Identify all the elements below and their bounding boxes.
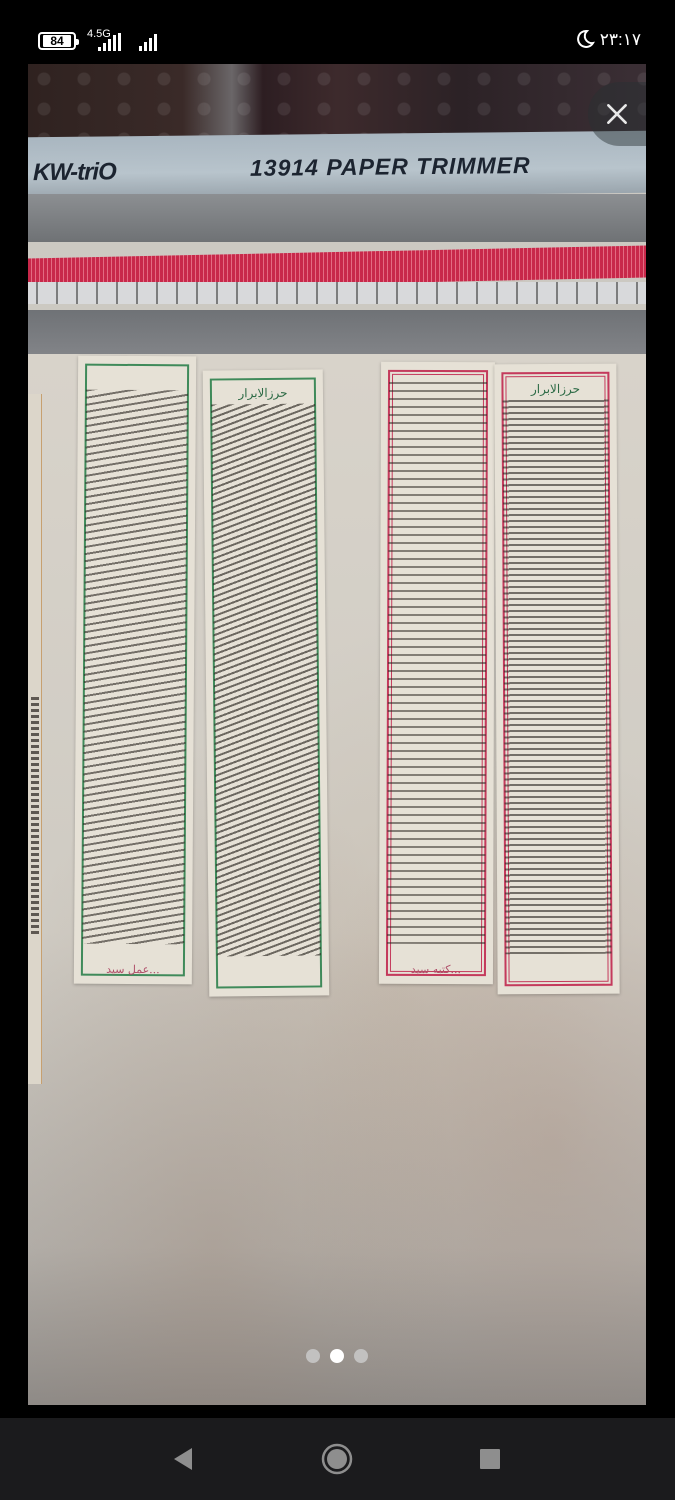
clock: ۲۳:۱۷ [600,30,641,50]
back-icon [172,1446,194,1472]
handwriting [82,390,188,945]
ruler-ticks [36,282,646,304]
moon-icon [575,29,595,49]
photo[interactable]: KW-triO 13914 PAPER TRIMMER عمل سید... [28,64,646,1405]
manuscript-strip-2: حرزالابرار [203,369,330,996]
strip-heading [78,362,196,363]
fabric-background [28,64,646,142]
paper-trimmer-label: KW-triO 13914 PAPER TRIMMER [28,131,646,199]
navigation-bar [0,1418,675,1500]
page-dot-3[interactable] [354,1349,368,1363]
signal-icon [139,33,157,51]
strip-signature: عمل سید... [80,963,186,977]
manuscript-strip-1: عمل سید... [74,356,196,985]
status-bar: 84 4.5G ۲۳:۱۷ [0,0,675,64]
close-icon [604,101,630,127]
trimmer-model: 13914 PAPER TRIMMER [250,152,531,182]
handwriting [211,403,321,956]
manuscript-strip-edge [28,394,42,1084]
strip-signature: کتبه سید... [385,963,487,976]
strip-heading: حرزالابرار [203,385,323,400]
signal-4g-icon [98,33,121,51]
battery-level: 84 [43,35,71,47]
strip-heading: حرزالابرار [494,382,616,397]
close-button[interactable] [588,82,646,146]
battery-icon: 84 [38,32,76,50]
handwriting [31,694,39,934]
trimmer-bed [28,310,646,358]
trimmer-base [28,194,646,242]
photo-viewer[interactable]: KW-triO 13914 PAPER TRIMMER عمل سید... [28,64,646,1405]
home-icon [321,1443,353,1475]
page-dot-1[interactable] [306,1349,320,1363]
photo-viewer-screen: 84 4.5G ۲۳:۱۷ KW-triO 13914 PAPER TRIMME… [0,0,675,1500]
manuscript-strip-4: حرزالابرار [494,364,619,995]
handwriting [387,380,487,944]
back-button[interactable] [163,1443,203,1475]
handwriting [503,398,612,955]
page-dot-2-active[interactable] [330,1349,344,1363]
manuscript-strip-3: کتبه سید... [379,362,495,984]
recents-icon [479,1448,501,1470]
page-indicator [28,1349,646,1363]
recents-button[interactable] [470,1443,510,1475]
trimmer-ruler [28,242,646,310]
home-button[interactable] [317,1443,357,1475]
trimmer-brand: KW-triO [33,158,116,187]
